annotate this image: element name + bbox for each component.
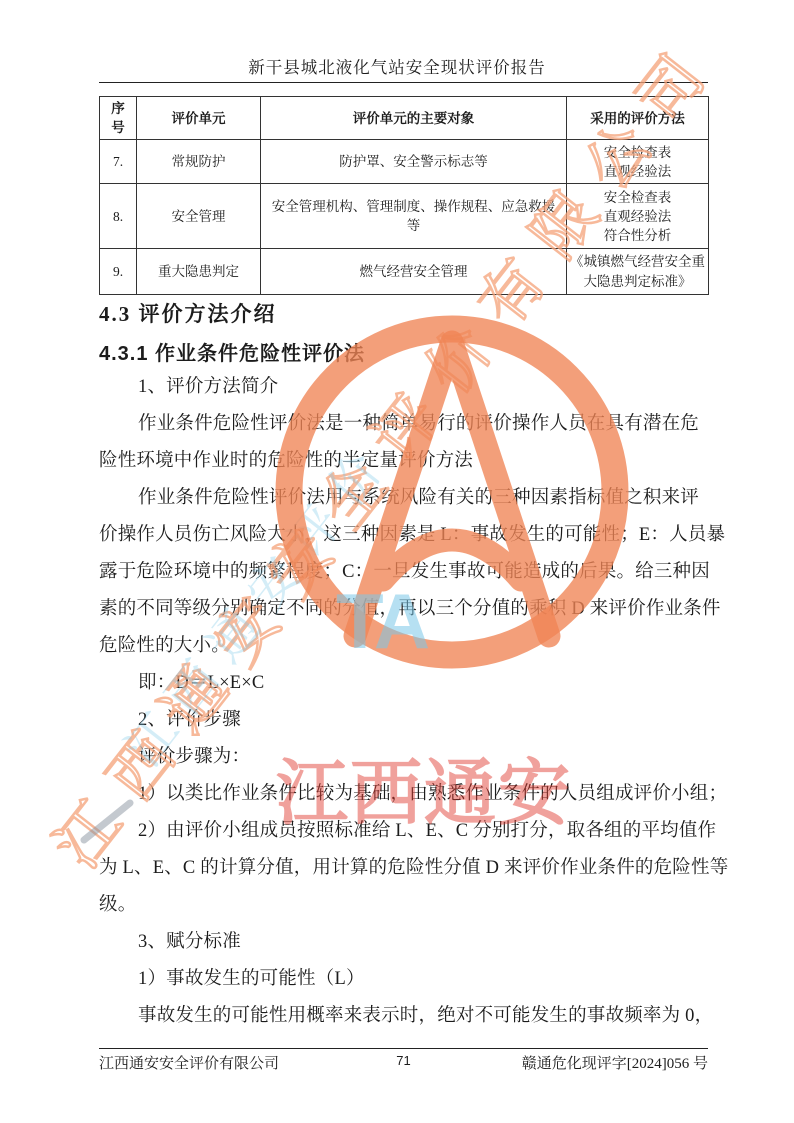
col-header-no: 序号 bbox=[100, 97, 137, 140]
method-line: 直观经验法 bbox=[573, 207, 702, 226]
text-line: 为 L、E、C 的计算分值，用计算的危险性分值 D 来评价作业条件的危险性等 bbox=[99, 850, 711, 887]
evaluation-units-table: 序号 评价单元 评价单元的主要对象 采用的评价方法 7. 常规防护 防护罩、安全… bbox=[99, 96, 709, 295]
text-line: 险性环境中作业时的危险性的半定量评价方法 bbox=[99, 443, 711, 480]
col-header-unit: 评价单元 bbox=[137, 97, 261, 140]
text-line: 作业条件危险性评价法是一种简单易行的评价操作人员在具有潜在危 bbox=[99, 406, 711, 443]
section-heading-4-3-1: 4.3.1 作业条件危险性评价法 bbox=[99, 337, 365, 366]
cell-unit: 重大隐患判定 bbox=[137, 249, 261, 295]
cell-no: 7. bbox=[100, 140, 137, 184]
body-text-block: 1、评价方法简介 作业条件危险性评价法是一种简单易行的评价操作人员在具有潜在危 … bbox=[99, 369, 711, 1035]
method-line: 直观经验法 bbox=[573, 162, 702, 181]
cell-unit: 安全管理 bbox=[137, 184, 261, 249]
text-line: 素的不同等级分别确定不同的分值，再以三个分值的乘积 D 来评价作业条件 bbox=[99, 591, 711, 628]
section-heading-4-3: 4.3 评价方法介绍 bbox=[99, 298, 277, 328]
report-page: 新干县城北液化气站安全现状评价报告 序号 评价单元 评价单元的主要对象 采用的评… bbox=[0, 0, 794, 1123]
cell-object: 燃气经营安全管理 bbox=[261, 249, 567, 295]
text-line: 作业条件危险性评价法用与系统风险有关的三种因素指标值之积来评 bbox=[99, 480, 711, 517]
table-header-row: 序号 评价单元 评价单元的主要对象 采用的评价方法 bbox=[100, 97, 709, 140]
table-row: 7. 常规防护 防护罩、安全警示标志等 安全检查表 直观经验法 bbox=[100, 140, 709, 184]
cell-object: 防护罩、安全警示标志等 bbox=[261, 140, 567, 184]
text-line: 1）事故发生的可能性（L） bbox=[99, 961, 711, 998]
text-line: 3、赋分标准 bbox=[99, 924, 711, 961]
cell-unit: 常规防护 bbox=[137, 140, 261, 184]
table-row: 8. 安全管理 安全管理机构、管理制度、操作规程、应急救援等 安全检查表 直观经… bbox=[100, 184, 709, 249]
formula-line: 即：D＝L×E×C bbox=[99, 665, 711, 702]
cell-no: 9. bbox=[100, 249, 137, 295]
cell-methods: 安全检查表 直观经验法 bbox=[567, 140, 709, 184]
text-line: 级。 bbox=[99, 887, 711, 924]
text-line: 2、评价步骤 bbox=[99, 702, 711, 739]
text-line: 1、评价方法简介 bbox=[99, 369, 711, 406]
text-line: 露于危险环境中的频繁程度；C：一旦发生事故可能造成的后果。给三种因 bbox=[99, 554, 711, 591]
table-row: 9. 重大隐患判定 燃气经营安全管理 《城镇燃气经营安全重大隐患判定标准》 bbox=[100, 249, 709, 295]
col-header-object: 评价单元的主要对象 bbox=[261, 97, 567, 140]
cell-methods: 安全检查表 直观经验法 符合性分析 bbox=[567, 184, 709, 249]
method-line: 符合性分析 bbox=[573, 226, 702, 245]
cell-methods: 《城镇燃气经营安全重大隐患判定标准》 bbox=[567, 249, 709, 295]
cell-object: 安全管理机构、管理制度、操作规程、应急救援等 bbox=[261, 184, 567, 249]
method-line: 安全检查表 bbox=[573, 188, 702, 207]
cell-no: 8. bbox=[100, 184, 137, 249]
header-divider bbox=[99, 82, 708, 83]
text-line: 事故发生的可能性用概率来表示时，绝对不可能发生的事故频率为 0， bbox=[99, 998, 711, 1035]
text-line: 2）由评价小组成员按照标准给 L、E、C 分别打分，取各组的平均值作 bbox=[99, 813, 711, 850]
text-line: 评价步骤为： bbox=[99, 739, 711, 776]
footer-doc-number: 赣通危化现评字[2024]056 号 bbox=[522, 1052, 708, 1073]
footer-divider bbox=[99, 1048, 708, 1049]
document-header-title: 新干县城北液化气站安全现状评价报告 bbox=[0, 54, 794, 78]
text-line: 1）以类比作业条件比较为基础，由熟悉作业条件的人员组成评价小组； bbox=[99, 776, 711, 813]
method-line: 安全检查表 bbox=[573, 143, 702, 162]
text-line: 危险性的大小。 bbox=[99, 628, 711, 665]
text-line: 价操作人员伤亡风险大小，这三种因素是 L：事故发生的可能性；E：人员暴 bbox=[99, 517, 711, 554]
col-header-method: 采用的评价方法 bbox=[567, 97, 709, 140]
